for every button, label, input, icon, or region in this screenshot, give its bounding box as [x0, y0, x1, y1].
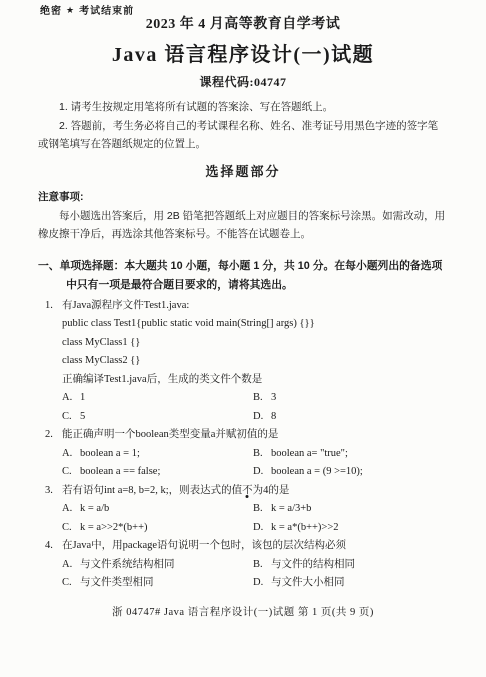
option-label: C. — [62, 408, 80, 427]
question-1-stem-2: 正确编译Test1.java后，生成的类文件个数是 — [62, 371, 448, 390]
option-label: B. — [253, 500, 271, 519]
option-label: D. — [253, 519, 271, 538]
notice-body: 每小题选出答案后，用 2B 铅笔把答题纸上对应题目的答案标号涂黑。如需改动，用橡… — [38, 207, 448, 244]
question-4-option-a: A.与文件系统结构相同 — [62, 556, 253, 575]
notice-title: 注意事项: — [38, 188, 448, 207]
page-footer: 浙 04747# Java 语言程序设计(一)试题 第 1 页(共 9 页) — [0, 604, 486, 619]
question-3-option-c: C.k = a>>2*(b++) — [62, 519, 253, 538]
question-3-option-d: D.k = a*(b++)>>2 — [253, 519, 448, 538]
option-label: C. — [62, 463, 80, 482]
question-2: 2.能正确声明一个boolean类型变量a并赋初值的是 A.boolean a … — [38, 426, 448, 482]
question-4-option-c: C.与文件类型相同 — [62, 574, 253, 593]
option-text: boolean a = 1; — [80, 448, 140, 459]
option-label: B. — [253, 556, 271, 575]
question-3-number: 3. — [45, 482, 62, 501]
option-text: 8 — [271, 411, 276, 422]
option-text: boolean a = (9 >=10); — [271, 466, 363, 477]
question-2-option-c: C.boolean a == false; — [62, 463, 253, 482]
option-label: D. — [253, 463, 271, 482]
option-label: A. — [62, 445, 80, 464]
option-label: A. — [62, 500, 80, 519]
question-4-number: 4. — [45, 537, 62, 556]
question-4-option-d: D.与文件大小相同 — [253, 574, 448, 593]
star-icon: ★ — [66, 5, 75, 15]
option-label: C. — [62, 519, 80, 538]
option-text: 与文件大小相同 — [271, 577, 345, 588]
question-2-option-d: D.boolean a = (9 >=10); — [253, 463, 448, 482]
option-label: B. — [253, 445, 271, 464]
exam-paper-page: 绝密★考试结束前 2023 年 4 月高等教育自学考试 Java 语言程序设计(… — [0, 0, 486, 677]
option-text: 与文件系统结构相同 — [80, 559, 175, 570]
option-text: k = a>>2*(b++) — [80, 522, 148, 533]
section-header: 选择题部分 — [38, 163, 448, 182]
question-2-option-a: A.boolean a = 1; — [62, 445, 253, 464]
option-label: D. — [253, 574, 271, 593]
question-1-code-line: class MyClass1 {} — [62, 334, 448, 353]
option-label: C. — [62, 574, 80, 593]
question-2-option-b: B.boolean a= "true"; — [253, 445, 448, 464]
question-1-option-d: D.8 — [253, 408, 448, 427]
question-4-stem: 在Java中，用package语句说明一个包时，该包的层次结构必须 — [62, 540, 346, 551]
option-text: 5 — [80, 411, 85, 422]
option-text: k = a/b — [80, 503, 109, 514]
exam-title: Java 语言程序设计(一)试题 — [0, 38, 486, 67]
question-1-option-b: B.3 — [253, 389, 448, 408]
question-4: 4.在Java中，用package语句说明一个包时，该包的层次结构必须 A.与文… — [38, 537, 448, 593]
part-one-heading: 一、单项选择题：本大题共 10 小题，每小题 1 分，共 10 分。在每小题列出… — [38, 257, 448, 295]
question-1-number: 1. — [45, 297, 62, 316]
question-1-option-a: A.1 — [62, 389, 253, 408]
instruction-2: 2. 答题前，考生务必将自己的考试课程名称、姓名、准考证号用黑色字迹的签字笔或钢… — [38, 117, 448, 154]
question-3-stem-post: 为4的是 — [253, 485, 290, 496]
security-level-label: 绝密 — [40, 6, 62, 17]
question-3-option-a: A.k = a/b — [62, 500, 253, 519]
option-label: B. — [253, 389, 271, 408]
question-4-option-b: B.与文件的结构相同 — [253, 556, 448, 575]
question-3-stem-pre: 若有语句int a=8, b=2, k;，则表达式的值 — [62, 485, 242, 496]
question-1-code-line: public class Test1{public static void ma… — [62, 315, 448, 334]
course-code: 课程代码:04747 — [0, 73, 486, 90]
option-text: 3 — [271, 392, 276, 403]
option-text: k = a/3+b — [271, 503, 311, 514]
question-1: 1.有Java源程序文件Test1.java: public class Tes… — [38, 297, 448, 427]
instruction-1: 1. 请考生按规定用笔将所有试题的答案涂、写在答题纸上。 — [38, 98, 448, 117]
option-label: A. — [62, 556, 80, 575]
question-1-option-c: C.5 — [62, 408, 253, 427]
paper-body: 1. 请考生按规定用笔将所有试题的答案涂、写在答题纸上。 2. 答题前，考生务必… — [38, 98, 448, 593]
option-text: boolean a == false; — [80, 466, 160, 477]
option-text: 1 — [80, 392, 85, 403]
security-banner: 绝密★考试结束前 — [40, 2, 134, 17]
question-1-code-line: class MyClass2 {} — [62, 352, 448, 371]
security-timing-label: 考试结束前 — [79, 6, 134, 17]
question-2-stem: 能正确声明一个boolean类型变量a并赋初值的是 — [62, 429, 278, 440]
question-2-number: 2. — [45, 426, 62, 445]
question-3-stem-emphasis: 不 — [242, 485, 253, 496]
option-label: A. — [62, 389, 80, 408]
question-1-stem: 有Java源程序文件Test1.java: — [62, 300, 189, 311]
question-3: 3.若有语句int a=8, b=2, k;，则表达式的值不为4的是 A.k =… — [38, 482, 448, 538]
option-text: boolean a= "true"; — [271, 448, 348, 459]
option-text: 与文件的结构相同 — [271, 559, 355, 570]
option-text: k = a*(b++)>>2 — [271, 522, 339, 533]
option-text: 与文件类型相同 — [80, 577, 154, 588]
question-3-option-b: B.k = a/3+b — [253, 500, 448, 519]
option-label: D. — [253, 408, 271, 427]
